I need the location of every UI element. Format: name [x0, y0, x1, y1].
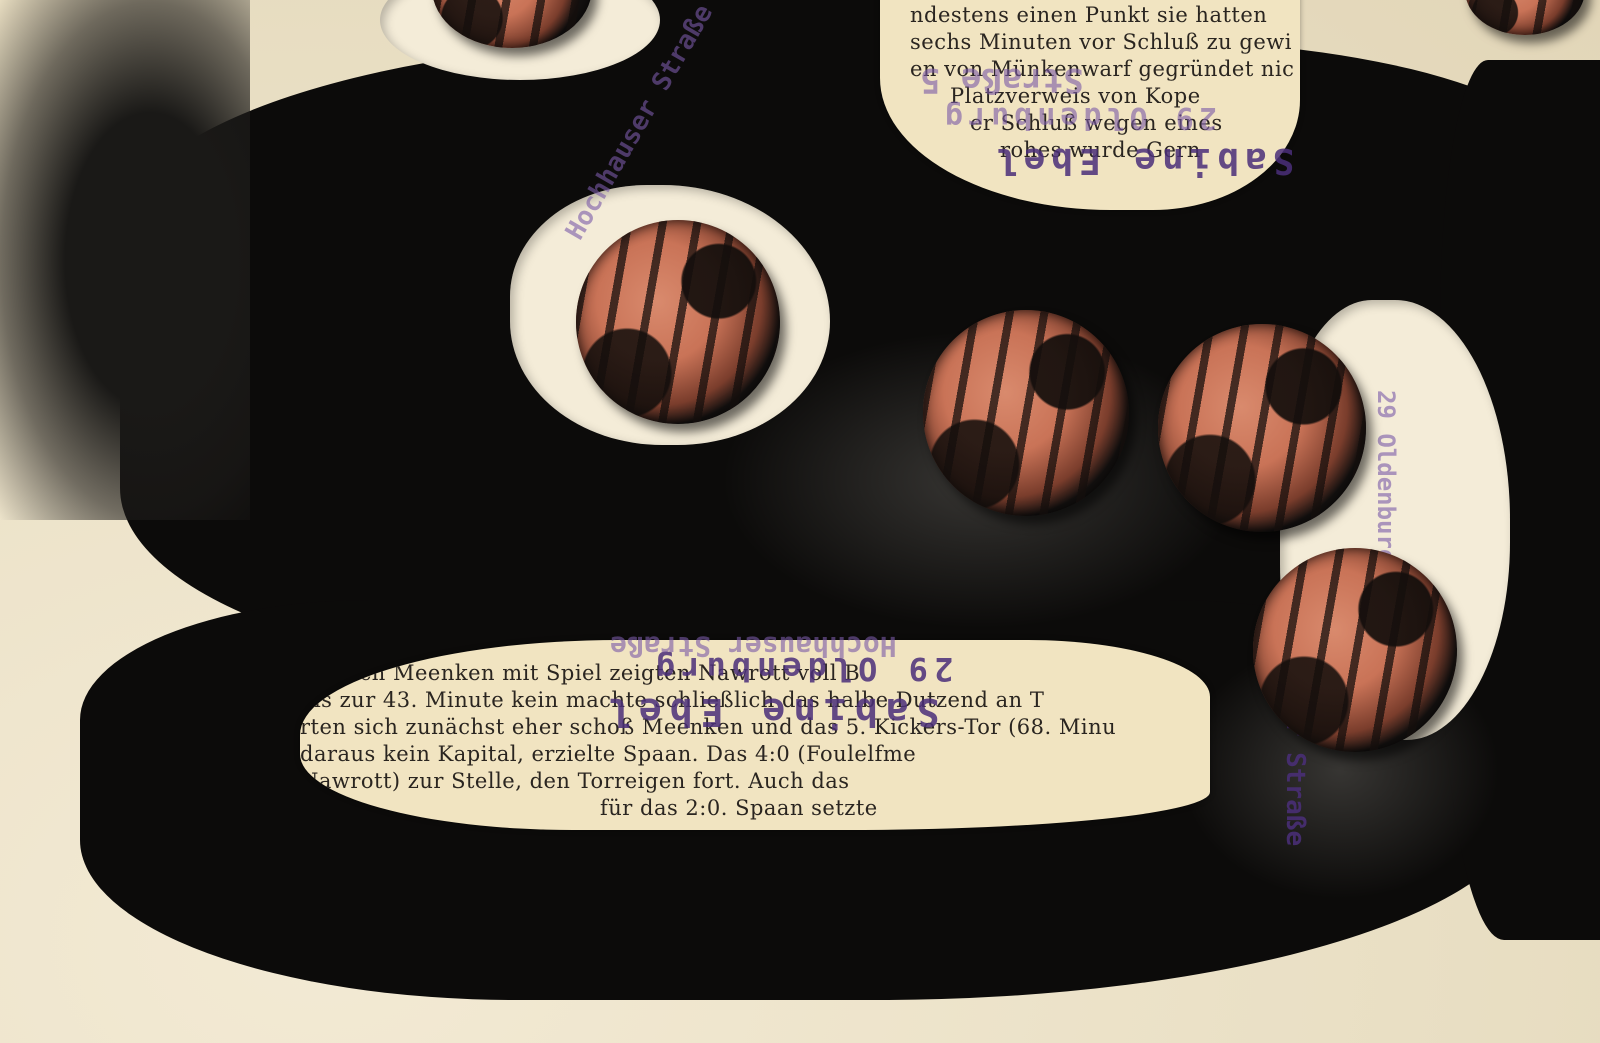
cork-disc-center	[923, 310, 1129, 516]
stamp-street-bottom: Hochhauser Straße	[610, 630, 897, 663]
collage-artwork: ndestens einen Punkt sie hatten sechs Mi…	[0, 0, 1600, 1043]
cork-disc-top-left	[432, 0, 592, 48]
clip-bottom-line: Nawrott) zur Stelle, den Torreigen fort.…	[300, 768, 1170, 795]
stamp-street-top: Straße 5	[920, 60, 1084, 100]
clip-bottom-line: für das 2:0. Spaan setzte	[300, 795, 1170, 822]
cork-disc-right	[1158, 324, 1366, 532]
clip-top-line: ndestens einen Punkt sie hatten	[910, 2, 1300, 29]
stamp-city-right: 29 Oldenburg	[1372, 390, 1400, 563]
cork-disc-left	[576, 220, 780, 424]
clip-top-line: sechs Minuten vor Schluß zu gewi	[910, 29, 1300, 56]
paint-left-band	[0, 0, 250, 520]
cork-disc-bottom-right	[1253, 548, 1457, 752]
stamp-name-bottom: Sabine Ebel	[600, 690, 940, 734]
clip-bottom-line: daraus kein Kapital, erzielte Spaan. Das…	[300, 741, 1170, 768]
cork-disc-top-right	[1465, 0, 1585, 35]
stamp-city-top: 29 Oldenburg	[940, 100, 1217, 135]
stamp-name-top: Sabine Ebel	[990, 140, 1294, 181]
